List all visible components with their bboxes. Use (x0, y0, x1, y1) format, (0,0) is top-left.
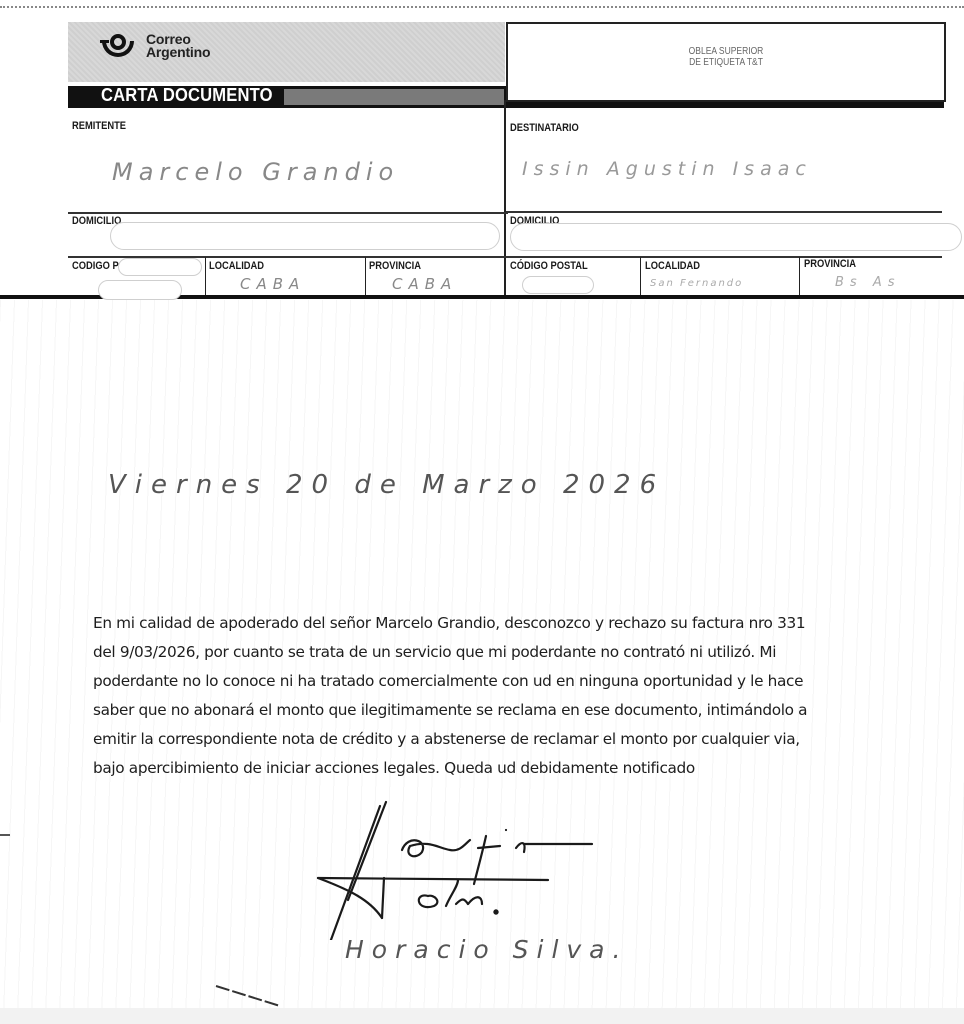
title-bar-shade (284, 89, 504, 105)
letter-date: Viernes 20 de Marzo 2026 (108, 470, 665, 500)
recipient-address-redacted (510, 223, 962, 251)
signatory-name: Horacio Silva. (345, 935, 628, 964)
page-bottom-edge (0, 1008, 964, 1024)
letter-line: emitir la correspondiente nota de crédit… (93, 725, 913, 754)
cell-divider (640, 257, 641, 297)
recipient-postal-code-label: CÓDIGO POSTAL (510, 260, 588, 272)
sender-province-label: PROVINCIA (369, 260, 421, 272)
sender-name-divider (68, 212, 508, 214)
cell-divider (365, 257, 366, 297)
letter-body: En mi calidad de apoderado del señor Mar… (93, 609, 913, 783)
column-divider (504, 100, 506, 298)
tracking-sticker-label: OBLEA SUPERIOR DE ETIQUETA T&T (541, 46, 912, 68)
recipient-province: Bs As (835, 275, 901, 290)
recipient-province-label: PROVINCIA (804, 258, 856, 270)
letter-line: poderdante no lo conoce ni ha tratado co… (93, 667, 913, 696)
letter-line: bajo apercibimiento de iniciar acciones … (93, 754, 913, 783)
perforation-line (0, 6, 964, 8)
recipient-locality: San Fernando (650, 278, 743, 289)
brand-line-2: Argentino (146, 46, 210, 59)
sticker-label-line-2: DE ETIQUETA T&T (541, 57, 912, 68)
recipient-address-divider (506, 256, 942, 258)
correo-argentino-logo: Correo Argentino (100, 33, 210, 59)
recipient-postal-code-redacted (522, 276, 594, 294)
sender-province: CABA (392, 275, 457, 293)
sender-name: Marcelo Grandio (112, 158, 399, 186)
sender-postal-code-redacted (118, 258, 202, 276)
letter-line: saber que no abonará el monto que ilegit… (93, 696, 913, 725)
margin-mark (0, 834, 10, 836)
document-title: CARTA DOCUMENTO (101, 85, 273, 106)
recipient-locality-label: LOCALIDAD (645, 260, 700, 272)
sticker-label-line-1: OBLEA SUPERIOR (541, 46, 912, 57)
tracking-sticker-box: OBLEA SUPERIOR DE ETIQUETA T&T (506, 22, 946, 102)
sender-postal-code-redacted-2 (98, 280, 182, 300)
letter-line: del 9/03/2026, por cuanto se trata de un… (93, 638, 913, 667)
letter-line: En mi calidad de apoderado del señor Mar… (93, 609, 913, 638)
recipient-name: Issin Agustin Isaac (522, 158, 812, 180)
recipient-label: DESTINATARIO (510, 122, 579, 134)
sender-locality: CABA (240, 275, 305, 293)
sender-postal-code-label: CODIGO P (72, 260, 119, 272)
correo-logo-icon (100, 33, 140, 59)
sender-address-redacted (110, 222, 500, 250)
cell-divider (799, 257, 800, 297)
cell-divider (205, 257, 206, 297)
sender-label: REMITENTE (72, 120, 126, 132)
sender-locality-label: LOCALIDAD (209, 260, 264, 272)
signature (310, 800, 610, 940)
recipient-name-divider (506, 211, 942, 213)
brand-name: Correo Argentino (146, 33, 210, 59)
